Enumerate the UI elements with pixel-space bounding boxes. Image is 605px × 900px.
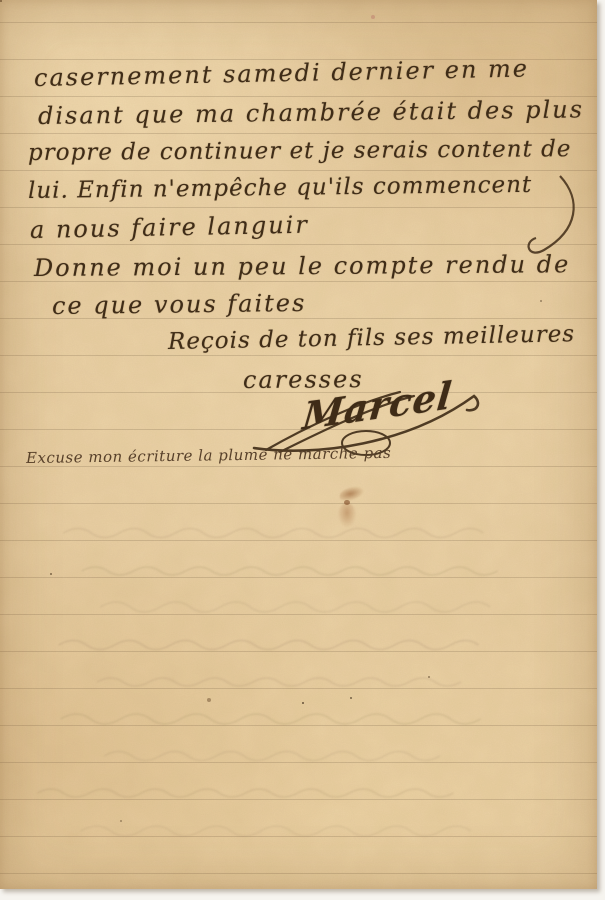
- handwriting-line: a nous faire languir: [30, 211, 309, 244]
- paper-sheet: casernement samedi dernier en me disant …: [0, 0, 597, 889]
- paper-specks: [0, 0, 2, 2]
- handwriting-line: ce que vous faites: [52, 289, 307, 320]
- handwriting-line: propre de continuer et je serais content…: [28, 136, 572, 166]
- ink-stain: [335, 482, 371, 532]
- letter-scan: casernement samedi dernier en me disant …: [0, 0, 605, 900]
- handwriting-line: Donne moi un peu le compte rendu de: [34, 250, 570, 282]
